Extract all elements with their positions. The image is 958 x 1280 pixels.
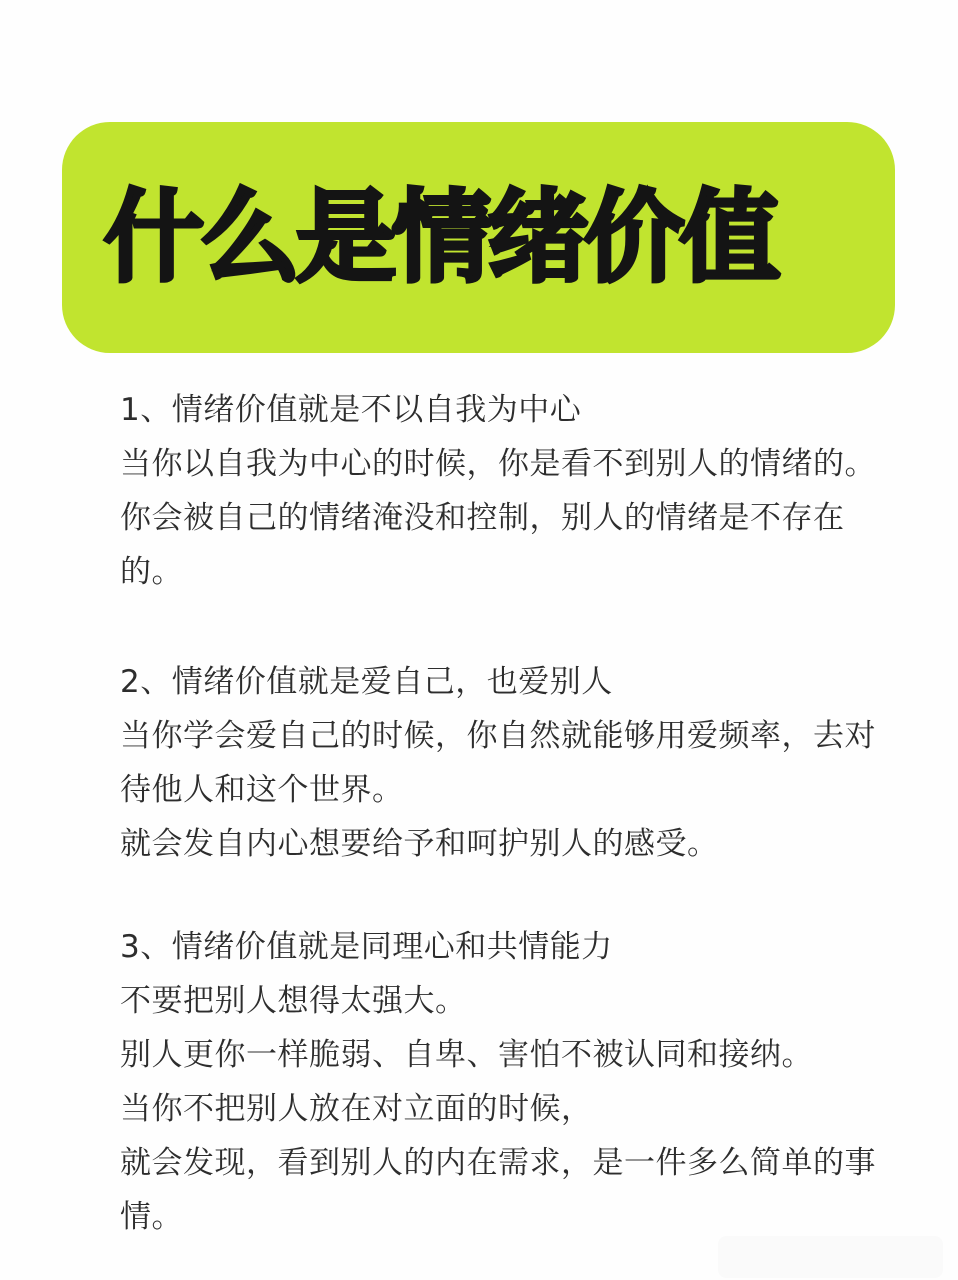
section-3-line: 就会发现，看到别人的内在需求，是一件多么简单的事: [120, 1136, 910, 1190]
section-3-line: 当你不把别人放在对立面的时候，: [120, 1082, 910, 1136]
section-2-line: 就会发自内心想要给予和呵护别人的感受。: [120, 817, 910, 871]
section-3-heading: 3、情绪价值就是同理心和共情能力: [120, 920, 910, 974]
watermark-remnant: [718, 1236, 943, 1278]
page-title: 什么是情绪价值: [62, 188, 776, 288]
section-1-line: 的。: [120, 545, 910, 599]
section-3-line: 别人更你一样脆弱、自卑、害怕不被认同和接纳。: [120, 1028, 910, 1082]
section-love-self-and-others: 2、情绪价值就是爱自己，也爱别人 当你学会爱自己的时候，你自然就能够用爱频率，去…: [120, 655, 910, 871]
section-not-self-centered: 1、情绪价值就是不以自我为中心 当你以自我为中心的时候，你是看不到别人的情绪的。…: [120, 383, 910, 599]
section-2-heading: 2、情绪价值就是爱自己，也爱别人: [120, 655, 910, 709]
poster-page: 什么是情绪价值 1、情绪价值就是不以自我为中心 当你以自我为中心的时候，你是看不…: [0, 0, 958, 1280]
section-3-line: 不要把别人想得太强大。: [120, 974, 910, 1028]
section-2-line: 待他人和这个世界。: [120, 763, 910, 817]
section-1-heading: 1、情绪价值就是不以自我为中心: [120, 383, 910, 437]
content-body: 1、情绪价值就是不以自我为中心 当你以自我为中心的时候，你是看不到别人的情绪的。…: [120, 383, 910, 1244]
section-1-line: 你会被自己的情绪淹没和控制，别人的情绪是不存在: [120, 491, 910, 545]
section-1-line: 当你以自我为中心的时候，你是看不到别人的情绪的。: [120, 437, 910, 491]
title-banner: 什么是情绪价值: [62, 122, 895, 353]
section-empathy: 3、情绪价值就是同理心和共情能力 不要把别人想得太强大。 别人更你一样脆弱、自卑…: [120, 920, 910, 1244]
section-2-line: 当你学会爱自己的时候，你自然就能够用爱频率，去对: [120, 709, 910, 763]
